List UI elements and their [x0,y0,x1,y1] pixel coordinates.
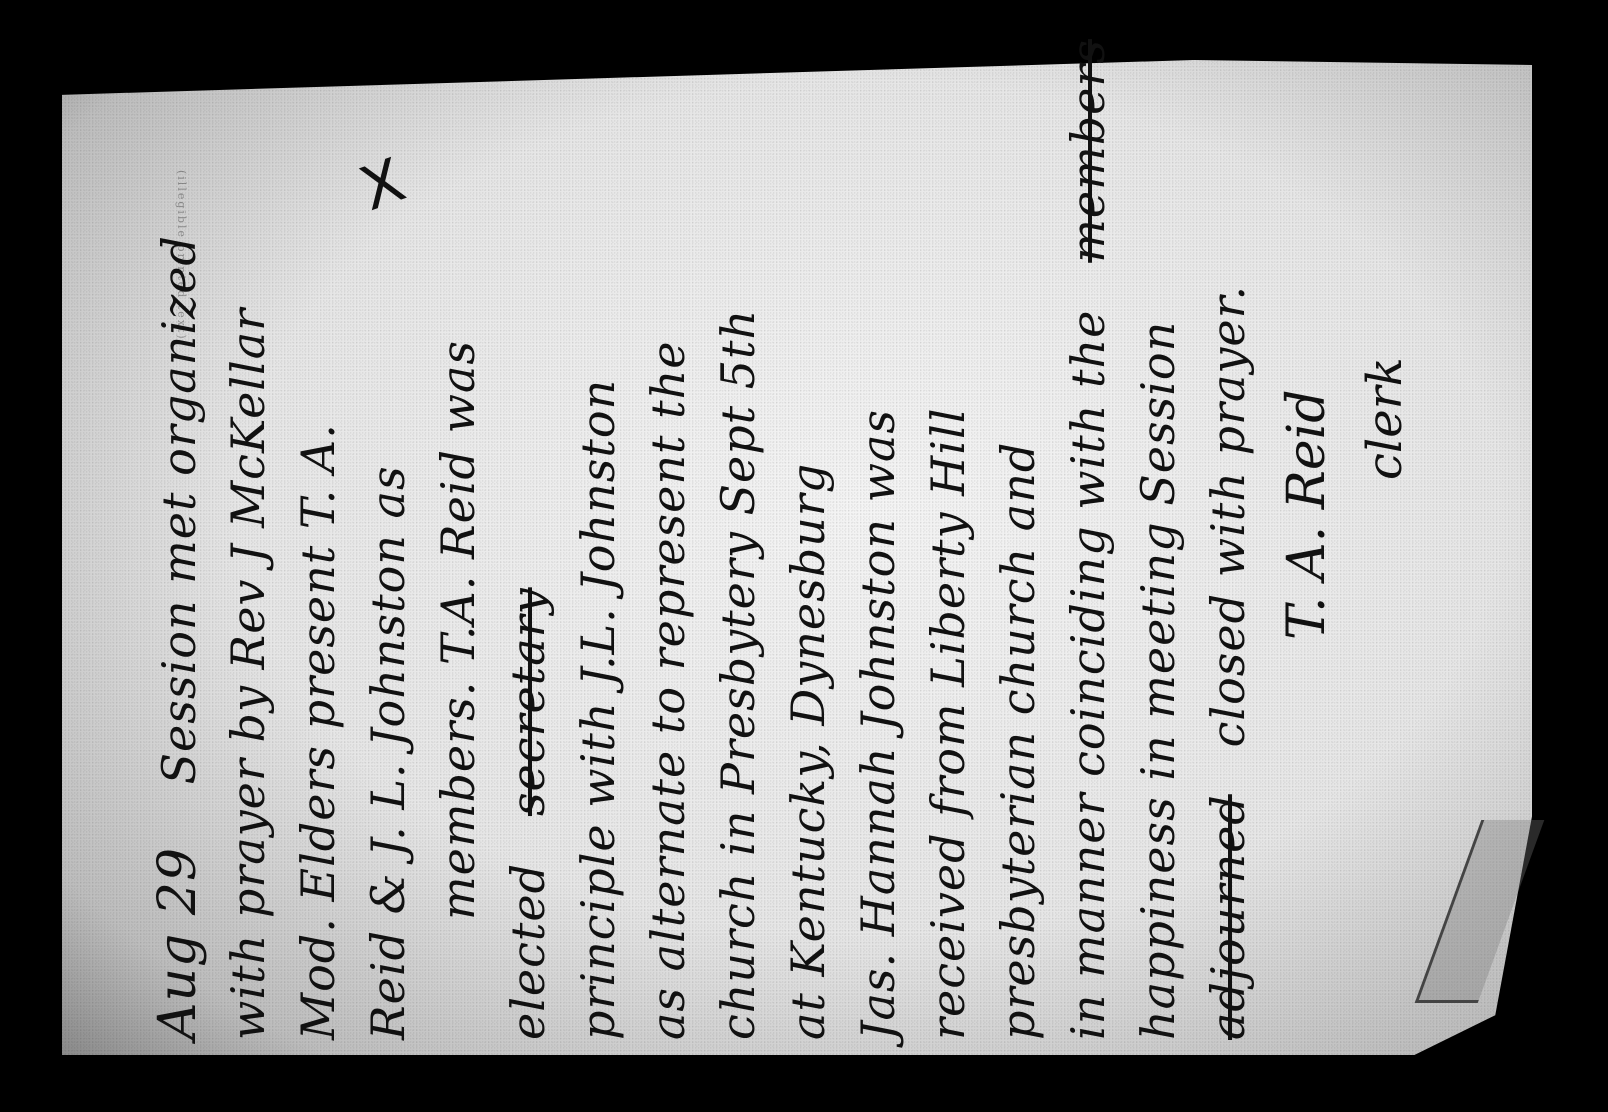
minutes-line: Jas. Hannah Johnston was [843,80,913,1040]
minutes-line: presbyterian church and [983,80,1053,1040]
scan-background: (illegible printed text) X Aug 29 Sessio… [0,0,1608,1112]
minutes-line: at Kentucky, Dynesburg [773,80,843,1040]
minutes-line: as alternate to represent the [633,80,703,1040]
handwritten-minutes: Aug 29 Session met organized with prayer… [143,80,1417,1040]
minutes-line: in manner coinciding with the members [1053,80,1123,1040]
minutes-line: received from Liberty Hill [913,80,983,1040]
struck-word: members [1061,39,1115,263]
minutes-line: elected secretary [493,80,563,1040]
minutes-line: principle with J.L. Johnston [563,80,633,1040]
signature-name: T. A. Reid [1277,80,1357,1040]
minutes-line: members. T.A. Reid was [423,80,493,1040]
minutes-line: Aug 29 Session met organized [143,80,213,1040]
minutes-line: adjourned closed with prayer. [1193,80,1263,1040]
struck-word: adjourned [1201,794,1255,1040]
minutes-line: church in Presbytery Sept 5th [703,80,773,1040]
signature-title: clerk [1357,80,1417,1040]
minutes-line: with prayer by Rev J McKellar [213,80,283,1040]
minutes-line: Mod. Elders present T. A. [283,80,353,1040]
struck-word: secretary [501,587,555,816]
minutes-line: Reid & J. L. Johnston as [353,80,423,1040]
entry-date: Aug 29 [148,847,208,1040]
minutes-line: happiness in meeting Session [1123,80,1193,1040]
